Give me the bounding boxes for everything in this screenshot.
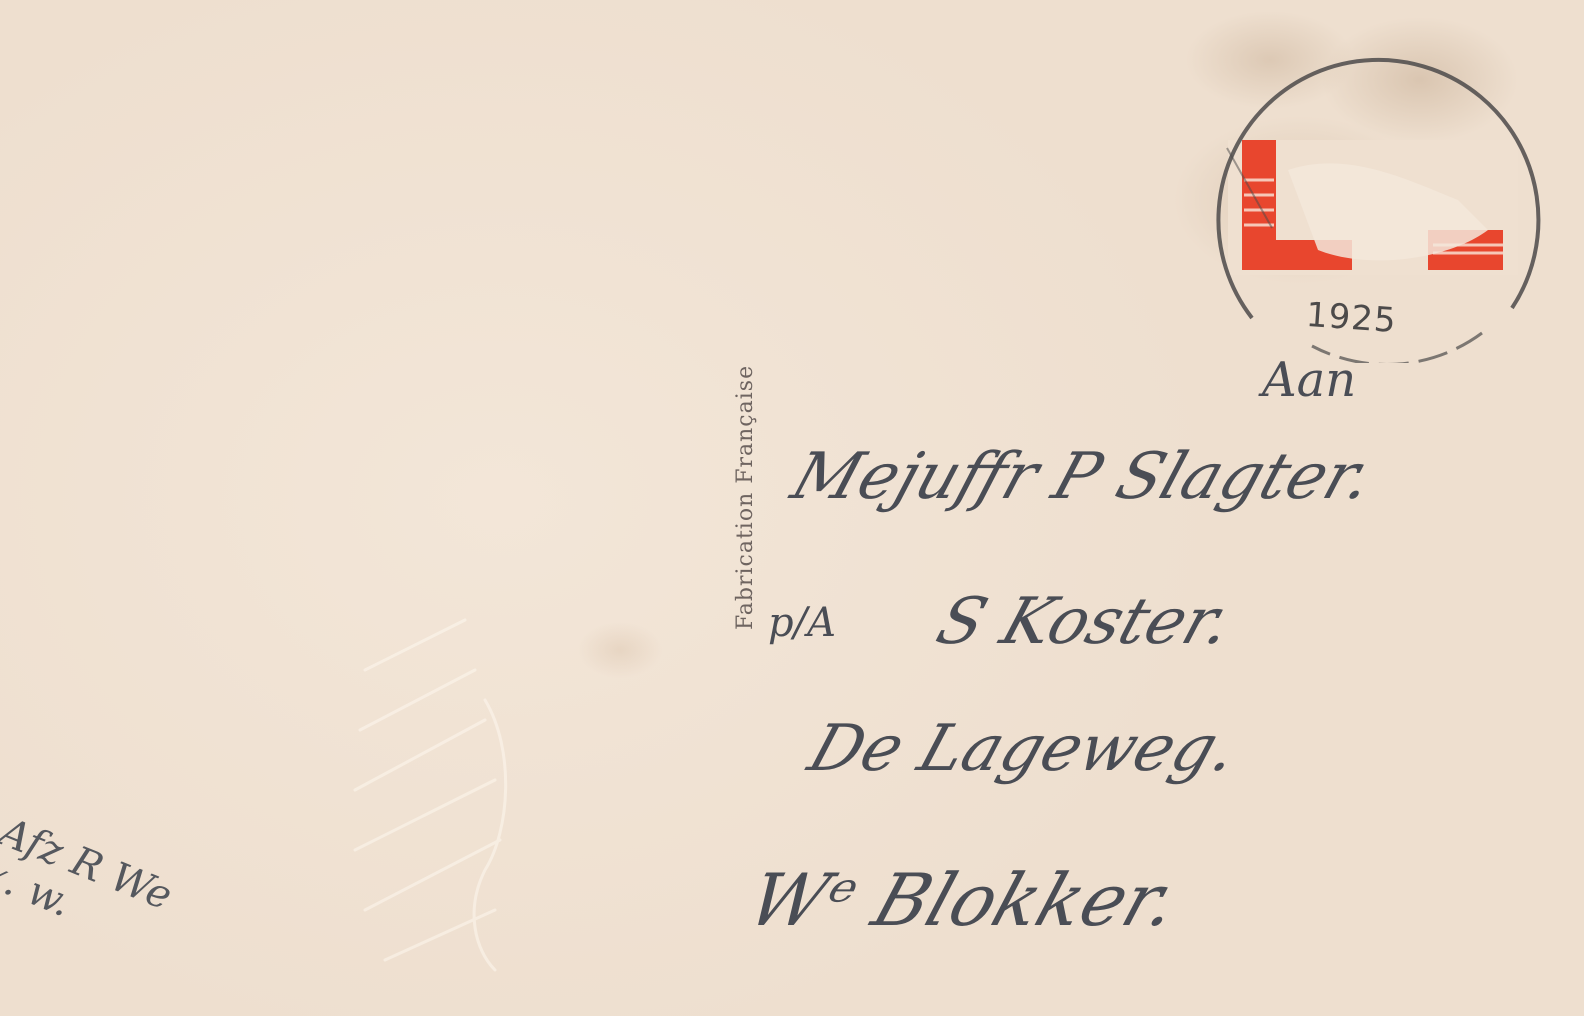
- printer-imprint: Fabrication Française: [733, 365, 758, 630]
- postcard-back: 1925 Fabrication Française Aan Mejuffr P…: [0, 0, 1584, 1016]
- address-care-of: S Koster.: [928, 585, 1241, 659]
- address-care-of-label: p/A: [768, 600, 836, 646]
- address-recipient: Mejuffr P Slagter.: [783, 440, 1382, 514]
- address-town: Wᵉ Blokker.: [738, 858, 1189, 942]
- address-street: De Lageweg.: [800, 712, 1247, 786]
- sender-note: Afz R We x. w.: [0, 810, 178, 959]
- address-salutation: Aan: [1262, 352, 1356, 408]
- embossed-logo: [345, 610, 525, 980]
- postmark-year: 1925: [1305, 295, 1398, 341]
